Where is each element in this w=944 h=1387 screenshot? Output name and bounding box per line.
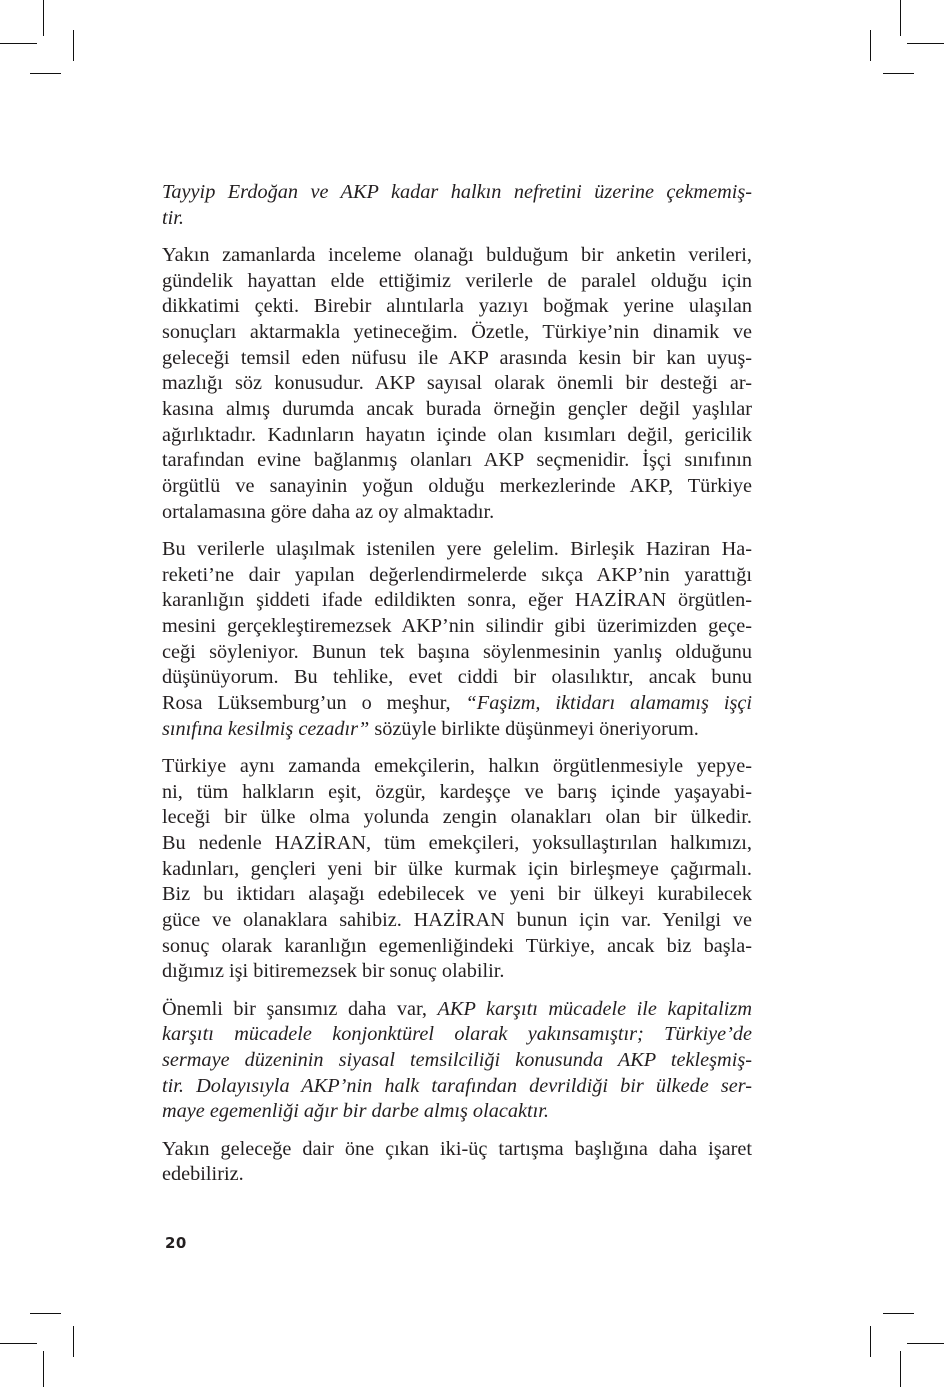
body-text: Tayyip Erdoğan ve AKP kadar halkın nefre…: [162, 180, 752, 1199]
text-line: tarafından evine bağlanmış olanları AKP …: [162, 448, 752, 474]
text-run: karanlığın şiddeti ifade edildikten sonr…: [162, 589, 752, 611]
text-run: ni, tüm halkların eşit, özgür, kardeşçe …: [162, 781, 752, 803]
text-run: dığımız işi bitiremezsek bir sonuç olabi…: [162, 960, 504, 982]
text-run: sonuç olarak karanlığın egemenliğindeki …: [162, 935, 752, 957]
text-run: Yakın geleceğe dair öne çıkan iki-üç tar…: [162, 1138, 752, 1160]
text-run: güce ve olanaklara sahibiz. HAZİRAN bunu…: [162, 909, 752, 931]
text-run: kasına almış durumda ancak burada örneği…: [162, 398, 752, 420]
text-line: reketi’ne dair yapılan değerlendirmelerd…: [162, 563, 752, 589]
text-line: sermaye düzeninin siyasal temsilciliği k…: [162, 1048, 752, 1074]
crop-mark: [907, 1343, 944, 1344]
text-line: tir. Dolayısıyla AKP’nin halk tarafından…: [162, 1074, 752, 1100]
crop-mark: [870, 1326, 871, 1357]
text-run: düşünüyorum. Bu tehlike, evet ciddi bir …: [162, 666, 752, 688]
text-run: leceği bir ülke olma yolunda zengin olan…: [162, 806, 752, 828]
text-run: dikkatimi çekti. Birebir alıntılarla yaz…: [162, 295, 752, 317]
page-number: 20: [165, 1234, 187, 1252]
text-run: tarafından evine bağlanmış olanları AKP …: [162, 449, 752, 471]
italic-text: Tayyip Erdoğan ve AKP kadar halkın nefre…: [162, 181, 752, 203]
text-line: karanlığın şiddeti ifade edildikten sonr…: [162, 588, 752, 614]
text-line: sonuçları aktarmakla yetineceğim. Özetle…: [162, 320, 752, 346]
italic-text: “Faşizm, iktidarı alamamış işçi: [466, 692, 752, 714]
italic-text: sınıfına kesilmiş cezadır”: [162, 718, 369, 740]
italic-text: tir.: [162, 207, 184, 229]
text-line: geleceği temsil eden nüfusu ile AKP aras…: [162, 346, 752, 372]
crop-mark: [30, 1313, 61, 1314]
text-run: Türkiye aynı zamanda emekçilerin, halkın…: [162, 755, 752, 777]
text-line: dığımız işi bitiremezsek bir sonuç olabi…: [162, 959, 752, 985]
text-line: dikkatimi çekti. Birebir alıntılarla yaz…: [162, 294, 752, 320]
text-run: Önemli bir şansımız daha var,: [162, 998, 438, 1020]
text-run: Bu nedenle HAZİRAN, tüm emekçileri, yoks…: [162, 832, 752, 854]
text-line: mazlığı söz konusudur. AKP sayısal olara…: [162, 371, 752, 397]
text-line: Bu verilerle ulaşılmak istenilen yere ge…: [162, 537, 752, 563]
text-line: Bu nedenle HAZİRAN, tüm emekçileri, yoks…: [162, 831, 752, 857]
text-line: maye egemenliği ağır bir darbe almış ola…: [162, 1099, 752, 1125]
text-run: sözüyle birlikte düşünmeyi öneriyorum.: [369, 718, 699, 740]
italic-text: karşıtı mücadele konjonktürel olarak yak…: [162, 1023, 752, 1045]
text-line: Yakın zamanlarda inceleme olanağı bulduğ…: [162, 243, 752, 269]
text-run: mesini gerçekleştiremezsek AKP’nin silin…: [162, 615, 752, 637]
crop-mark: [870, 30, 871, 61]
crop-mark: [30, 73, 61, 74]
text-run: ceği söyleniyor. Bunun tek başına söylen…: [162, 641, 752, 663]
text-run: Rosa Lüksemburg’un o meşhur,: [162, 692, 466, 714]
crop-mark: [900, 1351, 901, 1387]
text-run: ağırlıktadır. Kadınların hayatın içinde …: [162, 424, 752, 446]
paragraph: Tayyip Erdoğan ve AKP kadar halkın nefre…: [162, 180, 752, 231]
text-run: gündelik hayattan elde ettiğimiz veriler…: [162, 270, 752, 292]
paragraph: Türkiye aynı zamanda emekçilerin, halkın…: [162, 754, 752, 985]
text-line: edebiliriz.: [162, 1162, 752, 1188]
crop-mark: [73, 30, 74, 61]
text-line: ceği söyleniyor. Bunun tek başına söylen…: [162, 640, 752, 666]
text-line: Önemli bir şansımız daha var, AKP karşıt…: [162, 997, 752, 1023]
text-run: kadınları, gençleri yeni bir ülke kurmak…: [162, 858, 752, 880]
crop-mark: [0, 1343, 37, 1344]
crop-mark: [883, 1313, 914, 1314]
text-line: düşünüyorum. Bu tehlike, evet ciddi bir …: [162, 665, 752, 691]
text-line: sonuç olarak karanlığın egemenliğindeki …: [162, 934, 752, 960]
italic-text: tir. Dolayısıyla AKP’nin halk tarafından…: [162, 1075, 752, 1097]
text-run: geleceği temsil eden nüfusu ile AKP aras…: [162, 347, 752, 369]
text-run: edebiliriz.: [162, 1163, 244, 1185]
text-run: reketi’ne dair yapılan değerlendirmelerd…: [162, 564, 752, 586]
text-line: Türkiye aynı zamanda emekçilerin, halkın…: [162, 754, 752, 780]
text-run: Bu verilerle ulaşılmak istenilen yere ge…: [162, 538, 752, 560]
crop-mark: [883, 73, 914, 74]
text-line: güce ve olanaklara sahibiz. HAZİRAN bunu…: [162, 908, 752, 934]
text-run: Biz bu iktidarı alaşağı edebilecek ve ye…: [162, 883, 752, 905]
text-line: örgütlü ve sanayinin yoğun olduğu merkez…: [162, 474, 752, 500]
text-line: sınıfına kesilmiş cezadır” sözüyle birli…: [162, 717, 752, 743]
text-run: mazlığı söz konusudur. AKP sayısal olara…: [162, 372, 752, 394]
text-line: leceği bir ülke olma yolunda zengin olan…: [162, 805, 752, 831]
crop-mark: [900, 0, 901, 36]
italic-text: maye egemenliği ağır bir darbe almış ola…: [162, 1100, 549, 1122]
text-line: Tayyip Erdoğan ve AKP kadar halkın nefre…: [162, 180, 752, 206]
text-line: ni, tüm halkların eşit, özgür, kardeşçe …: [162, 780, 752, 806]
crop-mark: [43, 0, 44, 36]
paragraph: Önemli bir şansımız daha var, AKP karşıt…: [162, 997, 752, 1125]
crop-mark: [43, 1351, 44, 1387]
text-line: tir.: [162, 206, 752, 232]
text-run: Yakın zamanlarda inceleme olanağı bulduğ…: [162, 244, 752, 266]
text-line: gündelik hayattan elde ettiğimiz veriler…: [162, 269, 752, 295]
text-line: kadınları, gençleri yeni bir ülke kurmak…: [162, 857, 752, 883]
crop-mark: [907, 43, 944, 44]
text-run: sonuçları aktarmakla yetineceğim. Özetle…: [162, 321, 752, 343]
text-run: ortalamasına göre daha az oy almaktadır.: [162, 501, 494, 523]
text-line: Rosa Lüksemburg’un o meşhur, “Faşizm, ik…: [162, 691, 752, 717]
book-page: Tayyip Erdoğan ve AKP kadar halkın nefre…: [0, 0, 944, 1387]
text-line: kasına almış durumda ancak burada örneği…: [162, 397, 752, 423]
crop-mark: [0, 43, 37, 44]
text-line: ortalamasına göre daha az oy almaktadır.: [162, 500, 752, 526]
text-line: mesini gerçekleştiremezsek AKP’nin silin…: [162, 614, 752, 640]
paragraph: Yakın zamanlarda inceleme olanağı bulduğ…: [162, 243, 752, 526]
crop-mark: [73, 1326, 74, 1357]
text-line: ağırlıktadır. Kadınların hayatın içinde …: [162, 423, 752, 449]
text-line: Yakın geleceğe dair öne çıkan iki-üç tar…: [162, 1137, 752, 1163]
text-line: Biz bu iktidarı alaşağı edebilecek ve ye…: [162, 882, 752, 908]
text-run: örgütlü ve sanayinin yoğun olduğu merkez…: [162, 475, 752, 497]
italic-text: AKP karşıtı mücadele ile kapitalizm: [438, 998, 752, 1020]
paragraph: Yakın geleceğe dair öne çıkan iki-üç tar…: [162, 1137, 752, 1188]
italic-text: sermaye düzeninin siyasal temsilciliği k…: [162, 1049, 752, 1071]
text-line: karşıtı mücadele konjonktürel olarak yak…: [162, 1022, 752, 1048]
paragraph: Bu verilerle ulaşılmak istenilen yere ge…: [162, 537, 752, 743]
